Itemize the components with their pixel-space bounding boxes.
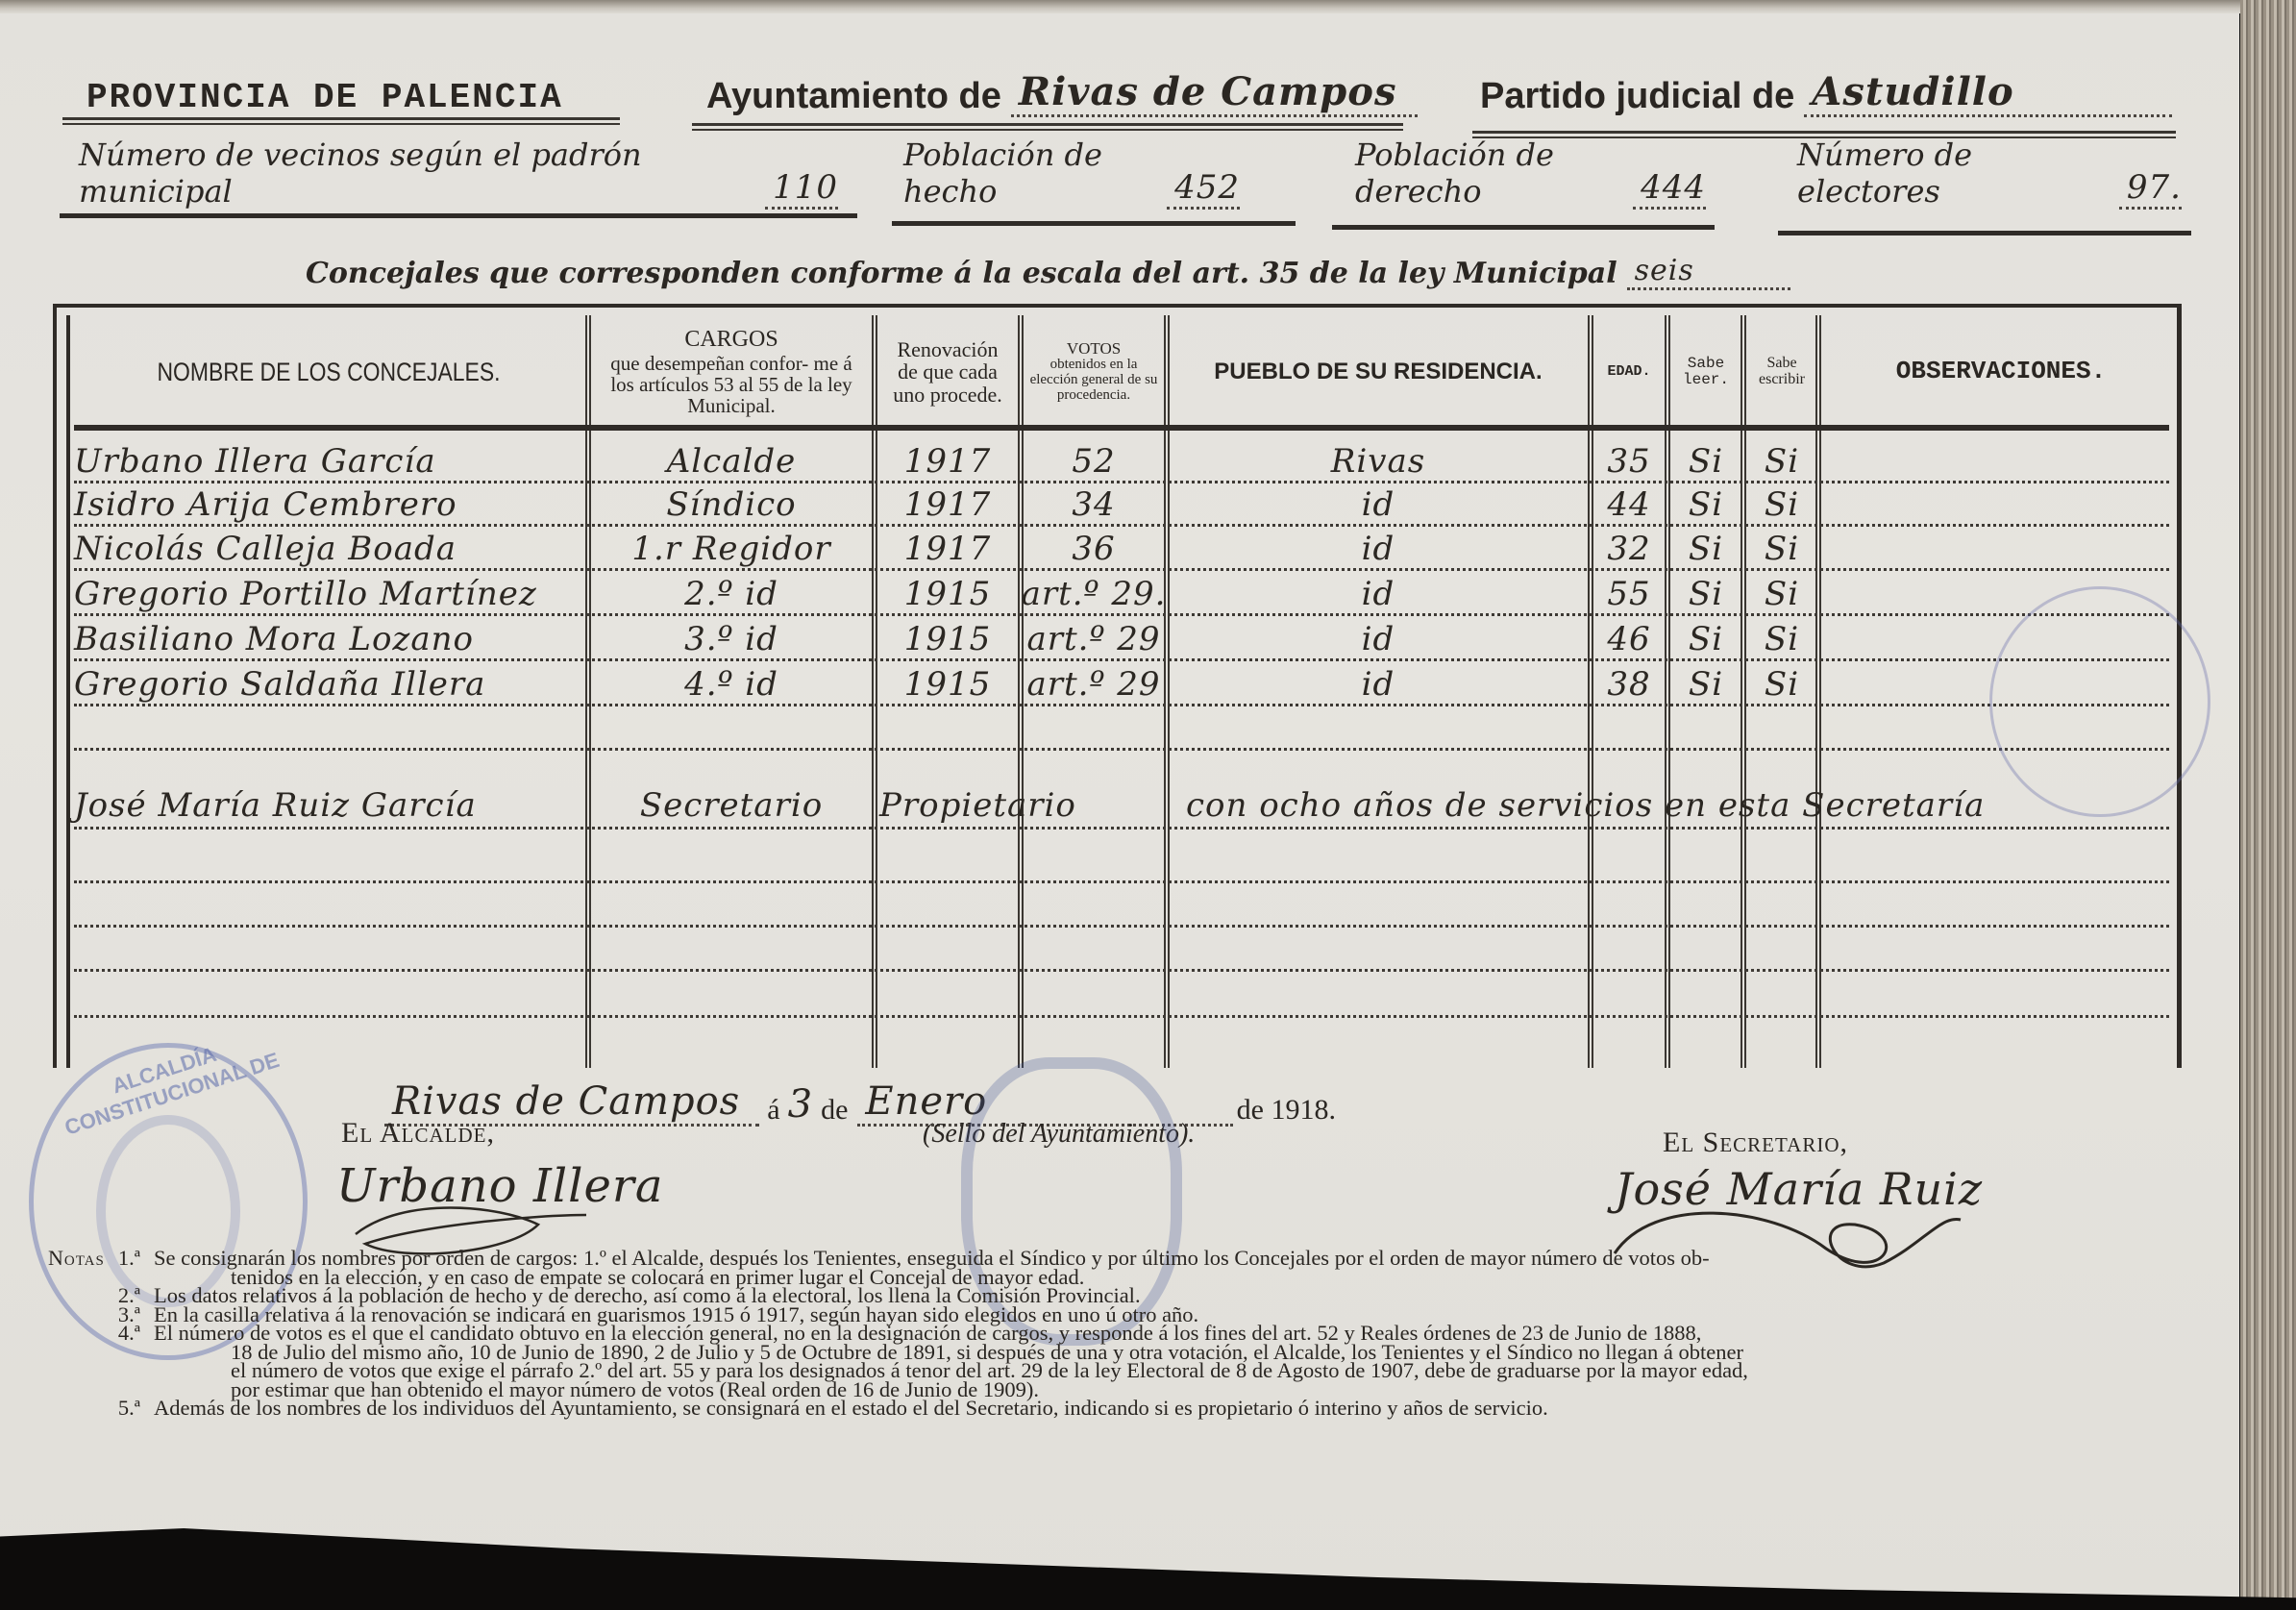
- note-number: 4.ª: [48, 1324, 154, 1343]
- note-number: [48, 1361, 154, 1380]
- header-votos-subtitle: obtenidos en la elección general de su p…: [1025, 358, 1162, 403]
- de-label: de: [821, 1094, 848, 1127]
- cell-renovacion-secretario: Propietario: [879, 782, 1129, 825]
- province-title: PROVINCIA DE PALENCIA: [86, 60, 596, 117]
- row-rule: [74, 748, 2169, 751]
- thick-rule: [1332, 225, 1715, 230]
- escala-value: seis: [1635, 254, 1694, 287]
- note-number: [48, 1343, 154, 1362]
- cell-nombre: Gregorio Portillo Martínez: [74, 571, 583, 613]
- header-edad: EDAD.: [1595, 315, 1663, 429]
- cell-pueblo: Rivas: [1172, 438, 1585, 481]
- note-item: 5.ªAdemás de los nombres de los individu…: [48, 1399, 2201, 1418]
- hecho-field: Población de hecho 452: [903, 152, 1240, 210]
- note-number: 5.ª: [48, 1399, 154, 1418]
- document-page: PROVINCIA DE PALENCIA Ayuntamiento de Ri…: [0, 0, 2239, 1610]
- alcalde-label: El Alcalde,: [341, 1117, 495, 1150]
- hecho-label: Población de hecho: [903, 136, 1163, 210]
- cell-nombre: Urbano Illera García: [74, 438, 583, 481]
- cell-pueblo: id: [1172, 482, 1585, 524]
- day-value: 3: [788, 1082, 813, 1127]
- electores-value: 97.: [2127, 168, 2182, 207]
- cell-renovacion: 1915: [879, 571, 1016, 613]
- header-cargos: CARGOS que desempeñan confor- me á los a…: [593, 315, 870, 429]
- concejales-table: NOMBRE DE LOS CONCEJALES. CARGOS que des…: [53, 304, 2182, 1068]
- header-nombre: NOMBRE DE LOS CONCEJALES.: [112, 315, 546, 429]
- electores-field: Número de electores 97.: [1797, 152, 2182, 210]
- cell-pueblo: id: [1172, 526, 1585, 568]
- derecho-label: Población de derecho: [1355, 136, 1629, 210]
- escala-label: Concejales que corresponden conforme á l…: [306, 257, 1617, 290]
- cell-escribir: Si: [1748, 482, 1815, 524]
- header-votos-title: VOTOS: [1067, 340, 1121, 358]
- derecho-field: Población de derecho 444: [1355, 152, 1706, 210]
- cell-leer: Si: [1672, 661, 1740, 704]
- cell-cargo: 3.º id: [593, 616, 870, 658]
- month-value: Enero: [865, 1079, 987, 1124]
- cell-edad: 38: [1595, 661, 1663, 704]
- hecho-value: 452: [1174, 168, 1240, 207]
- cell-renovacion: 1917: [879, 438, 1016, 481]
- partido-label: Partido judicial de: [1480, 76, 1794, 117]
- cell-leer: Si: [1672, 526, 1740, 568]
- cell-cargo-secretario: Secretario: [593, 782, 870, 825]
- cell-nombre-secretario: José María Ruiz García: [74, 782, 583, 825]
- partido-value: Astudillo: [1812, 69, 2013, 114]
- cell-renovacion: 1917: [879, 482, 1016, 524]
- cell-votos: 34: [1025, 482, 1162, 524]
- row-rule: [74, 704, 2169, 706]
- header-votos: VOTOS obtenidos en la elección general d…: [1025, 315, 1162, 429]
- book-top-edge: [0, 0, 2296, 13]
- cell-leer: Si: [1672, 482, 1740, 524]
- vecinos-value: 110: [773, 168, 838, 207]
- cell-pueblo: id: [1172, 661, 1585, 704]
- cell-votos: art.º 29: [1025, 616, 1162, 658]
- header-renovacion-text: Renovación de que cada uno procede.: [885, 338, 1010, 405]
- book-page-stack-edge: [2240, 0, 2296, 1610]
- double-rule: [692, 123, 1403, 131]
- cell-nombre: Isidro Arija Cembrero: [74, 482, 583, 524]
- cell-escribir: Si: [1748, 616, 1815, 658]
- thick-rule: [892, 221, 1296, 226]
- ayuntamiento-value: Rivas de Campos: [1019, 69, 1397, 114]
- row-rule: [74, 880, 2169, 883]
- header-nombre-text: NOMBRE DE LOS CONCEJALES.: [157, 359, 500, 385]
- thick-rule: [1778, 231, 2191, 235]
- double-rule: [62, 117, 620, 125]
- header-pueblo: PUEBLO DE SU RESIDENCIA.: [1172, 315, 1585, 429]
- row-rule: [74, 969, 2169, 972]
- row-rule: [74, 925, 2169, 928]
- header-escribir-text: Sabe escribir: [1752, 356, 1812, 388]
- cell-votos: 52: [1025, 438, 1162, 481]
- cell-pueblo: id: [1172, 616, 1585, 658]
- header-edad-text: EDAD.: [1607, 364, 1650, 380]
- header-pueblo-text: PUEBLO DE SU RESIDENCIA.: [1214, 359, 1542, 384]
- header-renovacion: Renovación de que cada uno procede.: [879, 315, 1016, 429]
- cell-pueblo: id: [1172, 571, 1585, 613]
- cell-cargo: 2.º id: [593, 571, 870, 613]
- partido-field: Partido judicial de Astudillo: [1480, 60, 2172, 117]
- round-postmark-icon: [1989, 586, 2210, 817]
- cell-nombre: Basiliano Mora Lozano: [74, 616, 583, 658]
- cell-edad: 55: [1595, 571, 1663, 613]
- cell-edad: 44: [1595, 482, 1663, 524]
- derecho-value: 444: [1641, 168, 1706, 207]
- header-observaciones-text: OBSERVACIONES.: [1896, 359, 2106, 384]
- cell-renovacion: 1915: [879, 616, 1016, 658]
- note-number: 1.ª: [118, 1249, 140, 1268]
- vecinos-field: Número de vecinos según el padrón munici…: [79, 152, 838, 210]
- electores-label: Número de electores: [1797, 136, 2115, 210]
- cell-escribir: Si: [1748, 526, 1815, 568]
- cell-escribir: Si: [1748, 661, 1815, 704]
- concejales-escala-field: Concejales que corresponden conforme á l…: [306, 248, 1824, 290]
- cell-edad: 46: [1595, 616, 1663, 658]
- header-leer: Sabe leer.: [1672, 315, 1740, 429]
- header-leer-text: Sabe leer.: [1680, 356, 1732, 388]
- notes-section: Notas1.ª Se consignarán los nombres por …: [48, 1249, 2201, 1418]
- header-escribir: Sabe escribir: [1748, 315, 1815, 429]
- province-text: PROVINCIA DE PALENCIA: [86, 78, 563, 117]
- cell-leer: Si: [1672, 616, 1740, 658]
- header-observaciones: OBSERVACIONES.: [1823, 315, 2179, 429]
- ayuntamiento-label: Ayuntamiento de: [706, 76, 1001, 117]
- inner-left-border: [66, 315, 70, 1068]
- cell-edad: 32: [1595, 526, 1663, 568]
- a-label: á: [767, 1094, 779, 1127]
- cell-nombre: Gregorio Saldaña Illera: [74, 661, 583, 704]
- cell-votos: 36: [1025, 526, 1162, 568]
- cell-renovacion: 1915: [879, 661, 1016, 704]
- year-label: de 1918.: [1237, 1094, 1336, 1127]
- ayuntamiento-field: Ayuntamiento de Rivas de Campos: [706, 60, 1418, 117]
- cell-edad: 35: [1595, 438, 1663, 481]
- row-rule: [74, 827, 2169, 830]
- cell-cargo: 1.r Regidor: [593, 526, 870, 568]
- cell-cargo: 4.º id: [593, 661, 870, 704]
- cell-votos: art.º 29.: [1025, 571, 1162, 613]
- cell-escribir: Si: [1748, 438, 1815, 481]
- vecinos-label: Número de vecinos según el padrón munici…: [79, 136, 761, 210]
- cell-votos: art.º 29: [1025, 661, 1162, 704]
- header-thick-rule: [74, 425, 2169, 431]
- header-cargos-title: CARGOS: [684, 328, 778, 352]
- header-cargos-subtitle: que desempeñan confor- me á los artículo…: [593, 353, 870, 416]
- cell-escribir: Si: [1748, 571, 1815, 613]
- cell-cargo: Síndico: [593, 482, 870, 524]
- cell-leer: Si: [1672, 571, 1740, 613]
- secretario-label: El Secretario,: [1663, 1127, 1848, 1159]
- cell-nombre: Nicolás Calleja Boada: [74, 526, 583, 568]
- cell-renovacion: 1917: [879, 526, 1016, 568]
- thick-rule: [60, 213, 857, 218]
- row-rule: [74, 1015, 2169, 1018]
- cell-leer: Si: [1672, 438, 1740, 481]
- notes-heading: Notas: [48, 1249, 105, 1268]
- note-text: Además de los nombres de los individuos …: [154, 1399, 2201, 1418]
- cell-cargo: Alcalde: [593, 438, 870, 481]
